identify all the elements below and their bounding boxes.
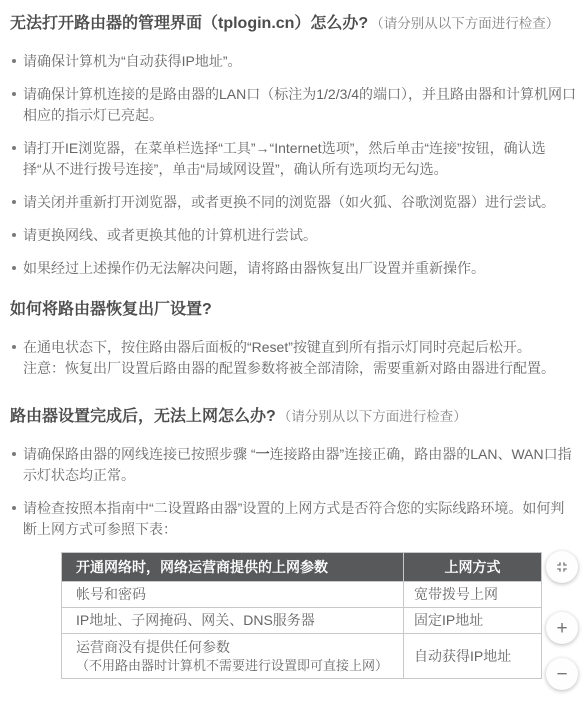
bullet-text: 如果经过上述操作仍无法解决问题，请将路由器恢复出厂设置并重新操作。 bbox=[23, 260, 485, 276]
table-header-mode: 上网方式 bbox=[404, 553, 542, 582]
bullet-text-pre: 请确保路由器的网线连接已按照步骤 “ bbox=[23, 446, 256, 462]
table-header-params: 开通网络时，网络运营商提供的上网参数 bbox=[62, 553, 404, 582]
bullet-text: 请打开IE浏览器，在菜单栏选择“工具”→“Internet选项”，然后单击“连接… bbox=[23, 140, 546, 177]
bullet-text: 请更换网线、或者更换其他的计算机进行尝试。 bbox=[23, 227, 317, 243]
list-item: 请关闭并重新打开浏览器，或者更换不同的浏览器（如火狐、谷歌浏览器）进行尝试。 bbox=[10, 192, 577, 213]
bullet-text: 请确保计算机连接的是路由器的LAN口（标注为1/2/3/4的端口），并且路由器和… bbox=[23, 86, 576, 123]
zoom-in-button[interactable]: + bbox=[546, 612, 578, 644]
bullet-text: 请检查按照本指南中“二设置路由器”设置的上网方式是否符合您的实际线路环境。如何判… bbox=[23, 500, 564, 537]
table-cell-mode: 固定IP地址 bbox=[404, 608, 542, 634]
table-cell-param: IP地址、子网掩码、网关、DNS服务器 bbox=[62, 608, 404, 634]
table-cell-param: 帐号和密码 bbox=[62, 582, 404, 608]
table-cell-mode: 自动获得IP地址 bbox=[404, 634, 542, 679]
list-item: 请打开IE浏览器，在菜单栏选择“工具”→“Internet选项”，然后单击“连接… bbox=[10, 138, 577, 180]
section-title-text: 如何将路由器恢复出厂设置? bbox=[10, 301, 212, 318]
section-title: 路由器设置完成后，无法上网怎么办?（请分别从以下方面进行检查） bbox=[10, 406, 577, 428]
faq-section-factory-reset: 如何将路由器恢复出厂设置? 在通电状态下，按住路由器后面板的“Reset”按键直… bbox=[10, 299, 577, 379]
table-cell-param-line2: （不用路由器时计算机不需要进行设置即可直接上网） bbox=[76, 657, 403, 674]
section-title: 无法打开路由器的管理界面（tplogin.cn）怎么办?（请分别从以下方面进行检… bbox=[10, 13, 577, 35]
section-title-note: （请分别从以下方面进行检查） bbox=[278, 409, 467, 424]
bullet-text-line2: 注意：恢复出厂设置后路由器的配置参数将被全部清除，需要重新对路由器进行配置。 bbox=[23, 358, 577, 379]
list-item: 如果经过上述操作仍无法解决问题，请将路由器恢复出厂设置并重新操作。 bbox=[10, 258, 577, 279]
compress-icon bbox=[554, 559, 570, 575]
list-item: 在通电状态下，按住路由器后面板的“Reset”按键直到所有指示灯同时亮起后松开。… bbox=[10, 337, 577, 379]
table-row: 运营商没有提供任何参数 （不用路由器时计算机不需要进行设置即可直接上网） 自动获… bbox=[62, 634, 542, 679]
table-row: IP地址、子网掩码、网关、DNS服务器 固定IP地址 bbox=[62, 608, 542, 634]
bullet-text-line1: 在通电状态下，按住路由器后面板的“Reset”按键直到所有指示灯同时亮起后松开。 bbox=[23, 337, 577, 358]
fit-to-width-button[interactable] bbox=[546, 551, 578, 583]
plus-icon: + bbox=[556, 619, 567, 638]
section-title-note: （请分别从以下方面进行检查） bbox=[370, 16, 559, 31]
faq-section-cannot-access-internet: 路由器设置完成后，无法上网怎么办?（请分别从以下方面进行检查） 请确保路由器的网… bbox=[10, 406, 577, 679]
table-cell-param: 运营商没有提供任何参数 （不用路由器时计算机不需要进行设置即可直接上网） bbox=[62, 634, 404, 679]
list-item: 请检查按照本指南中“二设置路由器”设置的上网方式是否符合您的实际线路环境。如何判… bbox=[10, 498, 577, 540]
bullet-list: 在通电状态下，按住路由器后面板的“Reset”按键直到所有指示灯同时亮起后松开。… bbox=[10, 337, 577, 379]
step-number-emphasis: 一 bbox=[256, 446, 270, 462]
table-cell-mode: 宽带拨号上网 bbox=[404, 582, 542, 608]
document-page: 无法打开路由器的管理界面（tplogin.cn）怎么办?（请分别从以下方面进行检… bbox=[0, 0, 587, 679]
internet-access-mode-table: 开通网络时，网络运营商提供的上网参数 上网方式 帐号和密码 宽带拨号上网 IP地… bbox=[61, 552, 542, 679]
table-header-row: 开通网络时，网络运营商提供的上网参数 上网方式 bbox=[62, 553, 542, 582]
section-title: 如何将路由器恢复出厂设置? bbox=[10, 299, 577, 321]
zoom-out-button[interactable]: − bbox=[546, 658, 578, 690]
section-title-text: 无法打开路由器的管理界面（tplogin.cn）怎么办? bbox=[10, 15, 368, 32]
table-row: 帐号和密码 宽带拨号上网 bbox=[62, 582, 542, 608]
bullet-list: 请确保计算机为“自动获得IP地址”。 请确保计算机连接的是路由器的LAN口（标注… bbox=[10, 51, 577, 279]
list-item: 请确保计算机连接的是路由器的LAN口（标注为1/2/3/4的端口），并且路由器和… bbox=[10, 84, 577, 126]
faq-section-cannot-open-admin: 无法打开路由器的管理界面（tplogin.cn）怎么办?（请分别从以下方面进行检… bbox=[10, 13, 577, 279]
bullet-text: 请关闭并重新打开浏览器，或者更换不同的浏览器（如火狐、谷歌浏览器）进行尝试。 bbox=[23, 194, 555, 210]
table-cell-param-line1: 运营商没有提供任何参数 bbox=[76, 638, 403, 657]
list-item: 请确保路由器的网线连接已按照步骤 “一连接路由器”连接正确，路由器的LAN、WA… bbox=[10, 444, 577, 486]
bullet-text: 请确保计算机为“自动获得IP地址”。 bbox=[23, 53, 242, 69]
list-item: 请更换网线、或者更换其他的计算机进行尝试。 bbox=[10, 225, 577, 246]
bullet-list: 请确保路由器的网线连接已按照步骤 “一连接路由器”连接正确，路由器的LAN、WA… bbox=[10, 444, 577, 540]
section-title-text: 路由器设置完成后，无法上网怎么办? bbox=[10, 408, 276, 425]
minus-icon: − bbox=[556, 665, 567, 684]
list-item: 请确保计算机为“自动获得IP地址”。 bbox=[10, 51, 577, 72]
